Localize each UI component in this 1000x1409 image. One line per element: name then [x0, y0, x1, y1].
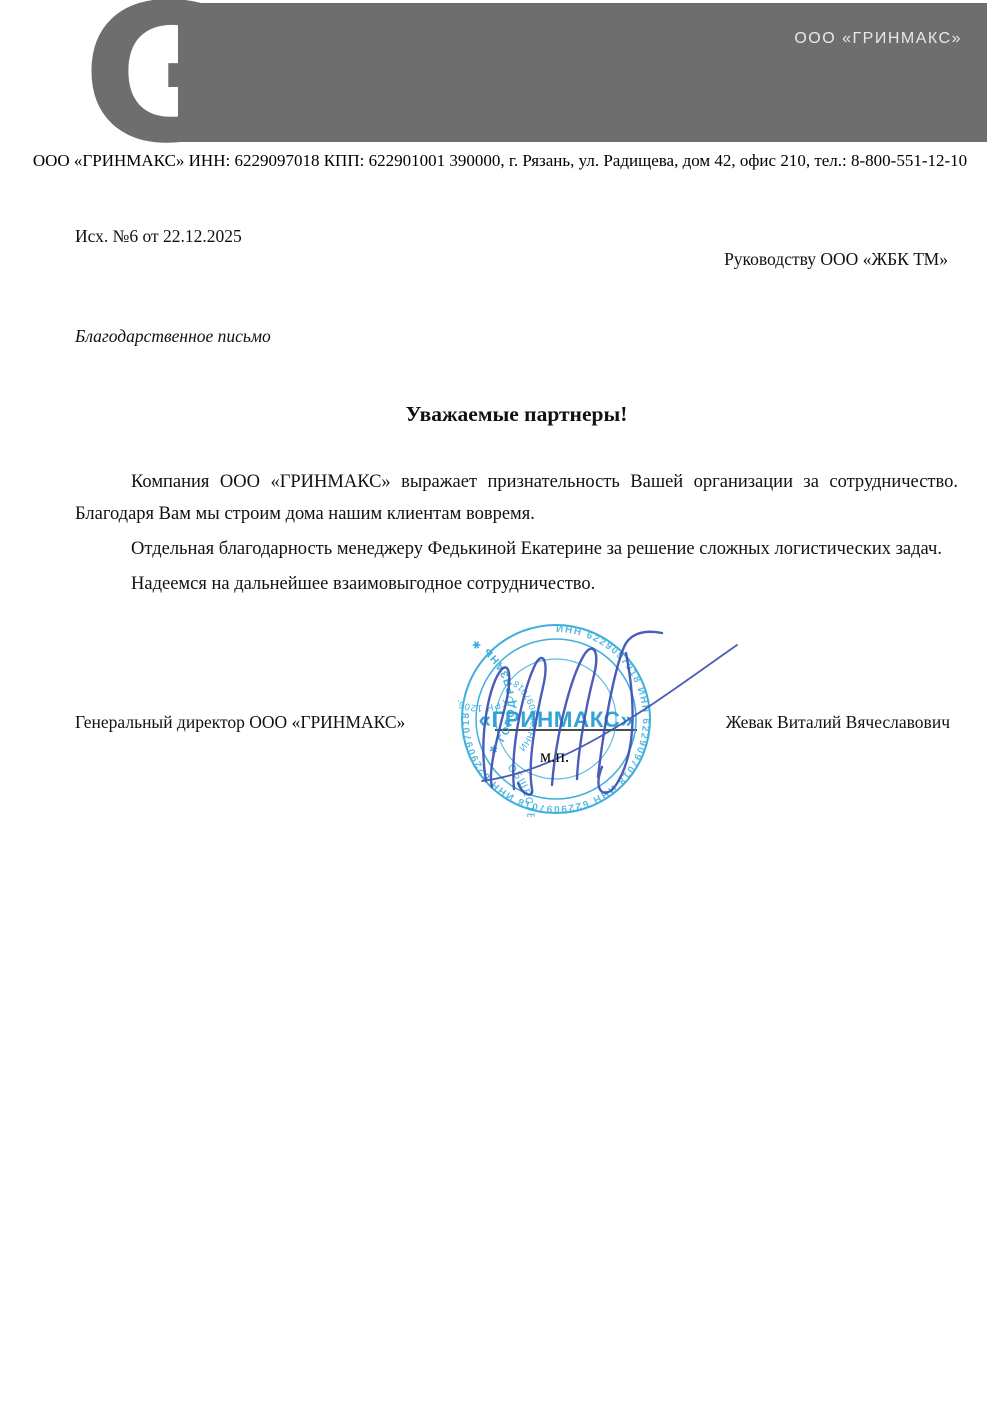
signer-title: Генеральный директор ООО «ГРИНМАКС»: [75, 712, 405, 733]
seal-place-note: м.п.: [540, 746, 569, 767]
body-paragraph-1: Компания ООО «ГРИНМАКС» выражает признат…: [75, 466, 958, 530]
signature-stroke: [483, 667, 509, 787]
recipient-line: Руководству ООО «ЖБК ТМ»: [724, 249, 948, 270]
logo-letter-g: G: [82, 0, 238, 160]
letter-body: Компания ООО «ГРИНМАКС» выражает признат…: [75, 466, 958, 603]
director-signature: [430, 595, 750, 810]
signature-stroke: [513, 658, 545, 795]
body-paragraph-2: Отдельная благодарность менеджеру Федьки…: [75, 533, 958, 565]
company-requisites: ООО «ГРИНМАКС» ИНН: 6229097018 КПП: 6229…: [0, 151, 1000, 171]
letter-page: G ООО «ГРИНМАКС» ООО «ГРИНМАКС» ИНН: 622…: [0, 0, 1000, 1409]
outgoing-ref: Исх. №6 от 22.12.2025: [75, 226, 242, 247]
document-type: Благодарственное письмо: [75, 326, 271, 347]
banner-company-name: ООО «ГРИНМАКС»: [794, 30, 962, 48]
signer-name: Жевак Виталий Вячеславович: [726, 712, 950, 733]
salutation-heading: Уважаемые партнеры!: [75, 402, 958, 427]
header-banner: [178, 3, 987, 142]
company-logo: G: [40, 0, 270, 160]
